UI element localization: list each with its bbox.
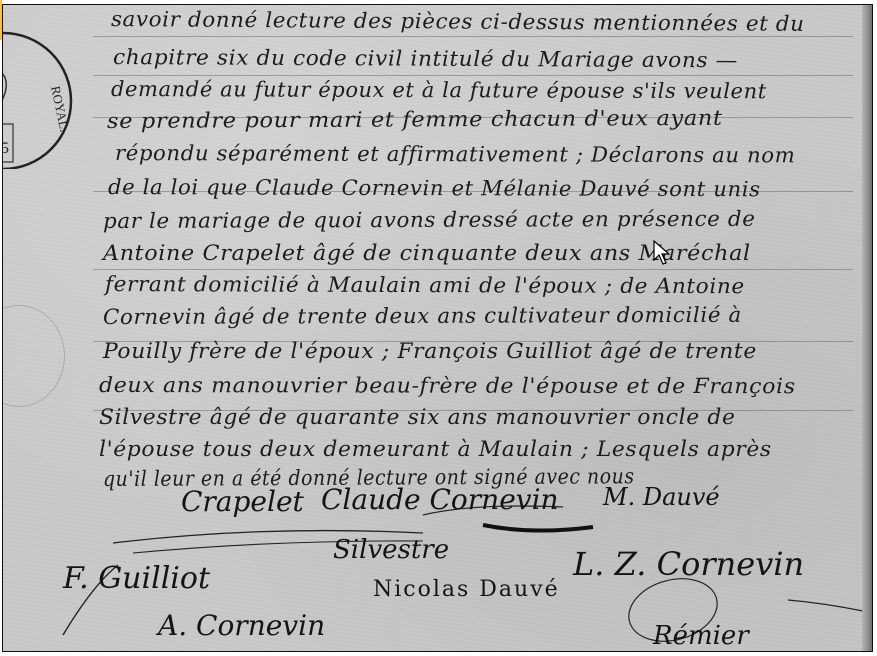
image-viewer: ROYAL. F 1.25 GALLY savoir donné lecture…	[0, 0, 877, 656]
text-line: Silvestre âgé de quarante six ans manouv…	[99, 405, 735, 429]
signature: Rémier	[653, 621, 749, 651]
document-scan: ROYAL. F 1.25 GALLY savoir donné lecture…	[2, 4, 873, 652]
signature: Nicolas Dauvé	[373, 577, 560, 602]
signature: Silvestre	[333, 535, 449, 565]
text-line: chapitre six du code civil intitulé du M…	[113, 45, 738, 72]
text-line: l'épouse tous deux demeurant à Maulain ;…	[99, 437, 772, 461]
text-line: Cornevin âgé de trente deux ans cultivat…	[103, 303, 742, 329]
svg-text:1.25: 1.25	[2, 140, 9, 157]
signature: Claude Cornevin	[321, 483, 559, 516]
signature: Crapelet	[181, 485, 304, 518]
signature: L. Z. Cornevin	[573, 545, 804, 583]
text-line: demandé au futur époux et à la future ép…	[111, 77, 767, 103]
signature: M. Dauvé	[603, 483, 720, 511]
text-line: Pouilly frère de l'époux ; François Guil…	[103, 339, 757, 363]
mouse-cursor-icon	[653, 240, 671, 266]
svg-text:ROYAL.: ROYAL.	[48, 85, 72, 134]
text-line: répondu séparément et affirmativement ; …	[115, 141, 795, 167]
text-line: savoir donné lecture des pièces ci-dessu…	[111, 7, 805, 36]
text-line: deux ans manouvrier beau-frère de l'épou…	[99, 373, 796, 398]
text-line: ferrant domicilié à Maulain ami de l'épo…	[105, 272, 745, 298]
page-edge-shadow	[862, 5, 872, 651]
signature: A. Cornevin	[158, 609, 325, 642]
text-line: par le mariage de quoi avons dressé acte…	[103, 207, 756, 233]
text-line: se prendre pour mari et femme chacun d'e…	[107, 106, 723, 133]
faint-seal	[2, 305, 65, 407]
signature: F. Guilliot	[63, 561, 210, 596]
fiscal-stamp-icon: ROYAL. F 1.25 GALLY	[2, 29, 81, 169]
text-line: de la loi que Claude Cornevin et Mélanie…	[108, 175, 761, 201]
